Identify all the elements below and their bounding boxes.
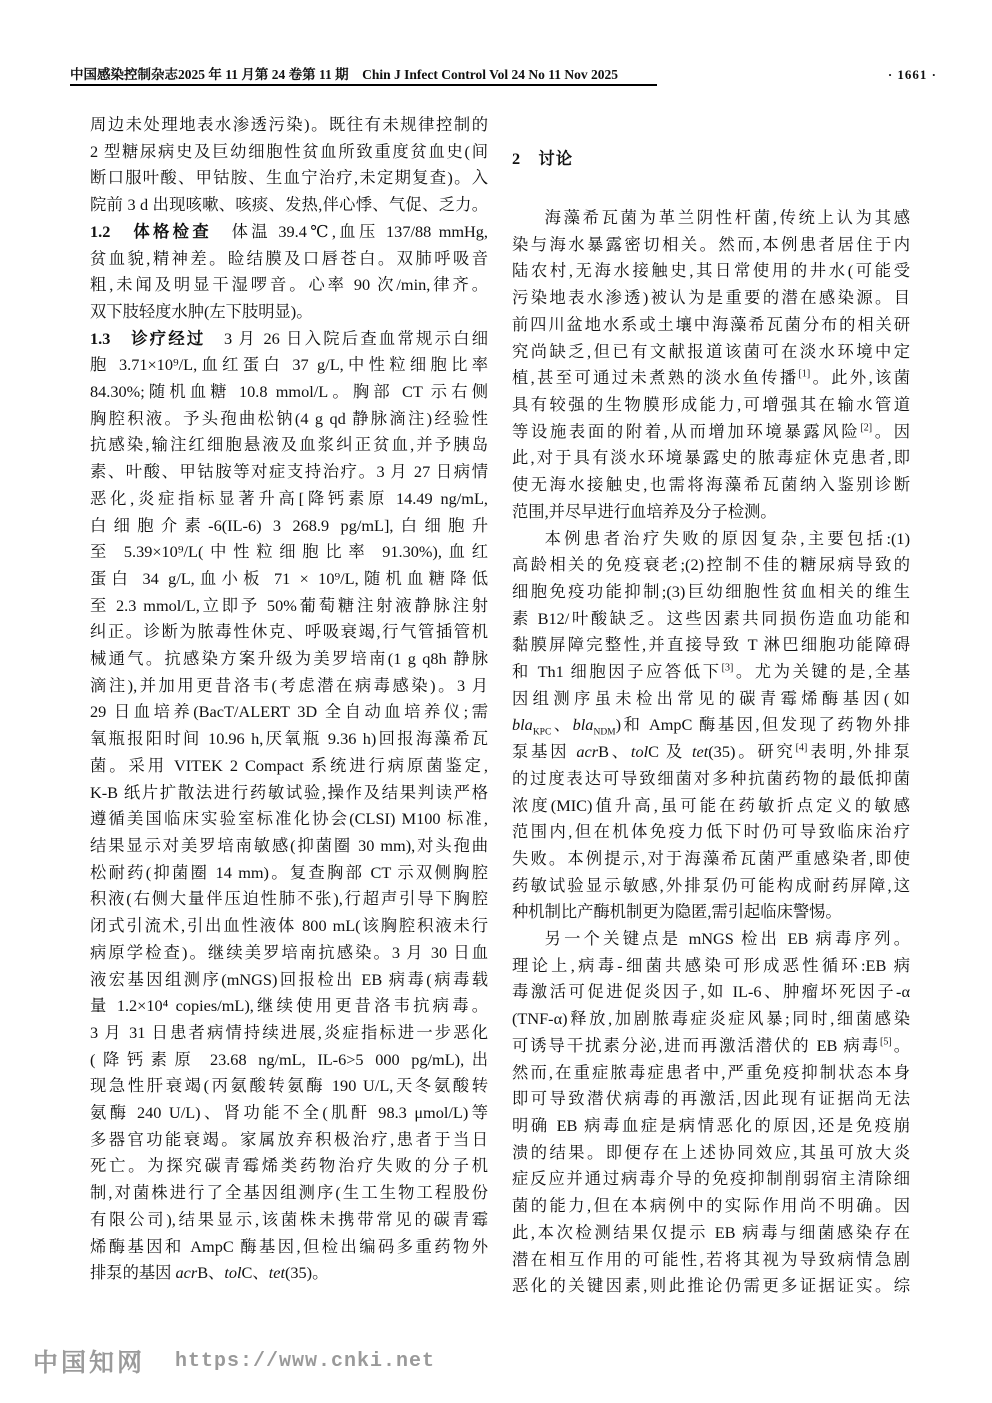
text-line: 至 2.3 mmol/L,立即予 50%葡萄糖注射液静脉注射 (90, 593, 488, 620)
text-line: 药敏试验显示敏感,外排泵仍可能构成耐药屏障,这 (512, 873, 910, 900)
text-line: 此,本次检测结果仅提示 EB 病毒与细菌感染存在 (512, 1220, 910, 1247)
text-line: 究尚缺乏,但已有文献报道该菌可在淡水环境中定 (512, 339, 910, 366)
subsection-label: 1.2 体格检查 (90, 222, 212, 241)
text-line: 菌。采用 VITEK 2 Compact 系统进行病原菌鉴定, (90, 753, 488, 780)
text-line: K-B 纸片扩散法进行药敏试验,操作及结果判读严格 (90, 780, 488, 807)
text-line: 滴注),并加用更昔洛韦(考虑潜在病毒感染)。3 月 (90, 673, 488, 700)
header-rule (70, 84, 657, 86)
text-line: 具有较强的生物膜形成能力,可增强其在输水管道 (512, 392, 910, 419)
text-line: 松耐药(抑菌圈 14 mm)。复查胸部 CT 示双侧胸腔 (90, 860, 488, 887)
text-line: 纠正。诊断为脓毒性休克、呼吸衰竭,行气管插管机 (90, 619, 488, 646)
text-line: 氨酶 240 U/L)、肾功能不全(肌酐 98.3 μmol/L)等 (90, 1100, 488, 1127)
text-line: 陆农村,无海水接触史,其日常使用的井水(可能受 (512, 258, 910, 285)
cnki-watermark: 中国知网 https://www.cnki.net (33, 1343, 435, 1379)
text-line: 因组测序虽未检出常见的碳青霉烯酶基因(如 (512, 686, 910, 713)
text-line: 多器官功能衰竭。家属放弃积极治疗,患者于当日 (90, 1127, 488, 1154)
text-line: 积液(右侧大量伴压迫性肺不张),行超声引导下胸腔 (90, 886, 488, 913)
text-line: 死亡。为探究碳青霉烯类药物治疗失败的分子机 (90, 1153, 488, 1180)
text-line: 和 Th1 细胞因子应答低下[3]。尤为关键的是,全基 (512, 659, 910, 686)
text-line: 排泵的基因 acrB、tolC、tet(35)。 (90, 1260, 488, 1287)
page-header: 中国感染控制杂志2025 年 11 月第 24 卷第 11 期 Chin J I… (70, 63, 937, 83)
cnki-url: https://www.cnki.net (175, 1350, 435, 1373)
text-line: 细胞免疫功能抑制;(3)巨幼细胞性贫血相关的维生 (512, 579, 910, 606)
text-line: 有限公司),结果显示,该菌株未携带常见的碳青霉 (90, 1207, 488, 1234)
text-line: 理论上,病毒-细菌共感染可形成恶性循环:EB 病 (512, 953, 910, 980)
text-line: 污染地表水渗透)被认为是重要的潜在感染源。目 (512, 285, 910, 312)
text-line: 械通气。抗感染方案升级为美罗培南(1 g q8h 静脉 (90, 646, 488, 673)
text-line: 潜在相互作用的可能性,若将其视为导致病情急剧 (512, 1247, 910, 1274)
text-line: 恶化的关键因素,则此推论仍需更多证据证实。综 (512, 1273, 910, 1300)
text-line: 范围内,但在机体免疫力低下时仍可导致临床治疗 (512, 819, 910, 846)
left-column: 周边未处理地表水渗透污染)。既往有未规律控制的2 型糖尿病史及巨幼细胞性贫血所致… (90, 112, 488, 1287)
text-line: 周边未处理地表水渗透污染)。既往有未规律控制的 (90, 112, 488, 139)
right-column: 2 讨论海藻希瓦菌为革兰阴性杆菌,传统上认为其感染与海水暴露密切相关。然而,本例… (512, 112, 910, 1300)
text-line: 遵循美国临床实验室标准化协会(CLSI) M100 标准, (90, 806, 488, 833)
text-line: 浓度(MIC)值升高,虽可能在药敏折点定义的敏感 (512, 793, 910, 820)
text-line: 3 月 31 日患者病情持续进展,炎症指标进一步恶化 (90, 1020, 488, 1047)
text-line: 种机制比产酶机制更为隐匿,需引起临床警惕。 (512, 899, 910, 926)
page-number: · 1661 · (888, 67, 937, 83)
text-line: 粗,未闻及明显干湿啰音。心率 90 次/min,律齐。 (90, 272, 488, 299)
text-line: 白细胞介素-6(IL-6) 3 268.9 pg/mL],白细胞升 (90, 513, 488, 540)
text-line: 然而,在重症脓毒症患者中,严重免疫抑制状态本身 (512, 1060, 910, 1087)
text-line: 高龄相关的免疫衰老;(2)控制不佳的糖尿病导致的 (512, 552, 910, 579)
text-line: 使无海水接触史,也需将海藻希瓦菌纳入鉴别诊断 (512, 472, 910, 499)
text-line: 1.2 体格检查 体温 39.4℃,血压 137/88 mmHg, (90, 219, 488, 246)
text-line: 84.30%;随机血糖 10.8 mmol/L。胸部 CT 示右侧 (90, 379, 488, 406)
journal-title-line: 中国感染控制杂志2025 年 11 月第 24 卷第 11 期 Chin J I… (70, 63, 618, 83)
text-line: 胸腔积液。予头孢曲松钠(4 g qd 静脉滴注)经验性 (90, 406, 488, 433)
text-line: 断口服叶酸、甲钴胺、生血宁治疗,未定期复查)。入 (90, 165, 488, 192)
text-line: 量 1.2×10⁴ copies/mL),继续使用更昔洛韦抗病毒。 (90, 993, 488, 1020)
text-line: 氧瓶报阳时间 10.96 h,厌氧瓶 9.36 h)回报海藻希瓦 (90, 726, 488, 753)
text-line: 1.3 诊疗经过 3 月 26 日入院后查血常规示白细 (90, 326, 488, 353)
cnki-logo-text: 中国知网 (33, 1343, 145, 1379)
text-line: 抗感染,输注红细胞悬液及血浆纠正贫血,并予胰岛 (90, 432, 488, 459)
text-line: 双下肢轻度水肿(左下肢明显)。 (90, 299, 488, 326)
text-line: 等设施表面的附着,从而增加环境暴露风险[2]。因 (512, 419, 910, 446)
text-line: 菌的能力,但在本病例中的实际作用尚不明确。因 (512, 1193, 910, 1220)
subsection-label: 1.3 诊疗经过 (90, 329, 205, 348)
text-line: 另一个关键点是 mNGS 检出 EB 病毒序列。 (512, 926, 910, 953)
text-line: 溃的结果。即便存在上述协同效应,其虽可放大炎 (512, 1140, 910, 1167)
text-line: 素、叶酸、甲钴胺等对症支持治疗。3 月 27 日病情 (90, 459, 488, 486)
text-line: 即可导致潜伏病毒的再激活,因此现有证据尚无法 (512, 1086, 910, 1113)
text-line: 蛋白 34 g/L,血小板 71 × 10⁹/L,随机血糖降低 (90, 566, 488, 593)
text-line: blaKPC、blaNDM)和 AmpC 酶基因,但发现了药物外排 (512, 712, 910, 739)
text-line: (降钙素原 23.68 ng/mL, IL-6>5 000 pg/mL),出 (90, 1047, 488, 1074)
text-line: 胞 3.71×10⁹/L,血红蛋白 37 g/L,中性粒细胞比率 (90, 352, 488, 379)
text-line: 闭式引流术,引出血性液体 800 mL(该胸腔积液未行 (90, 913, 488, 940)
text-line: 范围,并尽早进行血培养及分子检测。 (512, 499, 910, 526)
text-line: 毒激活可促进促炎因子,如 IL-6、肿瘤坏死因子-α (512, 979, 910, 1006)
text-line: 贫血貌,精神差。睑结膜及口唇苍白。双肺呼吸音 (90, 246, 488, 273)
text-line: 现急性肝衰竭(丙氨酸转氨酶 190 U/L,天冬氨酸转 (90, 1073, 488, 1100)
text-line: 症反应并通过病毒介导的免疫抑制削弱宿主清除细 (512, 1166, 910, 1193)
text-line: 海藻希瓦菌为革兰阴性杆菌,传统上认为其感 (512, 205, 910, 232)
text-line: 黏膜屏障完整性,并直接导致 T 淋巴细胞功能障碍 (512, 632, 910, 659)
text-line: 明确 EB 病毒血症是病情恶化的原因,还是免疫崩 (512, 1113, 910, 1140)
journal-page: { "header": { "journal_line": "中国感染控制杂志2… (0, 0, 992, 1403)
text-line: 至 5.39×10⁹/L(中性粒细胞比率 91.30%),血红 (90, 539, 488, 566)
text-line: 植,甚至可通过未煮熟的淡水鱼传播[1]。此外,该菌 (512, 365, 910, 392)
text-line: (TNF-α)释放,加剧脓毒症炎症风暴;同时,细菌感染 (512, 1006, 910, 1033)
text-line: 失败。本例提示,对于海藻希瓦菌严重感染者,即使 (512, 846, 910, 873)
text-line: 本例患者治疗失败的原因复杂,主要包括:(1) (512, 526, 910, 553)
text-line: 素 B12/叶酸缺乏。这些因素共同损伤造血功能和 (512, 606, 910, 633)
text-line: 此,对于具有淡水环境暴露史的脓毒症休克患者,即 (512, 445, 910, 472)
section-heading: 2 讨论 (512, 146, 910, 173)
text-line: 可诱导干扰素分泌,进而再激活潜伏的 EB 病毒[5]。 (512, 1033, 910, 1060)
text-line: 烯酶基因和 AmpC 酶基因,但检出编码多重药物外 (90, 1234, 488, 1261)
text-line: 2 型糖尿病史及巨幼细胞性贫血所致重度贫血史(间 (90, 139, 488, 166)
text-line: 的过度表达可导致细菌对多种抗菌药物的最低抑菌 (512, 766, 910, 793)
blank-line (512, 178, 910, 205)
text-line: 液宏基因组测序(mNGS)回报检出 EB 病毒(病毒载 (90, 967, 488, 994)
text-line: 染与海水暴露密切相关。然而,本例患者居住于内 (512, 232, 910, 259)
text-line: 前四川盆地水系或土壤中海藻希瓦菌分布的相关研 (512, 312, 910, 339)
text-line: 泵基因 acrB、tolC 及 tet(35)。研究[4]表明,外排泵 (512, 739, 910, 766)
text-line: 恶化,炎症指标显著升高[降钙素原 14.49 ng/mL, (90, 486, 488, 513)
text-line: 结果显示对美罗培南敏感(抑菌圈 30 mm),对头孢曲 (90, 833, 488, 860)
text-line: 病原学检查)。继续美罗培南抗感染。3 月 30 日血 (90, 940, 488, 967)
text-line: 29 日血培养(BacT/ALERT 3D 全自动血培养仪;需 (90, 699, 488, 726)
blank-line (512, 112, 910, 139)
text-line: 院前 3 d 出现咳嗽、咳痰、发热,伴心悸、气促、乏力。 (90, 192, 488, 219)
text-line: 制,对菌株进行了全基因组测序(生工生物工程股份 (90, 1180, 488, 1207)
